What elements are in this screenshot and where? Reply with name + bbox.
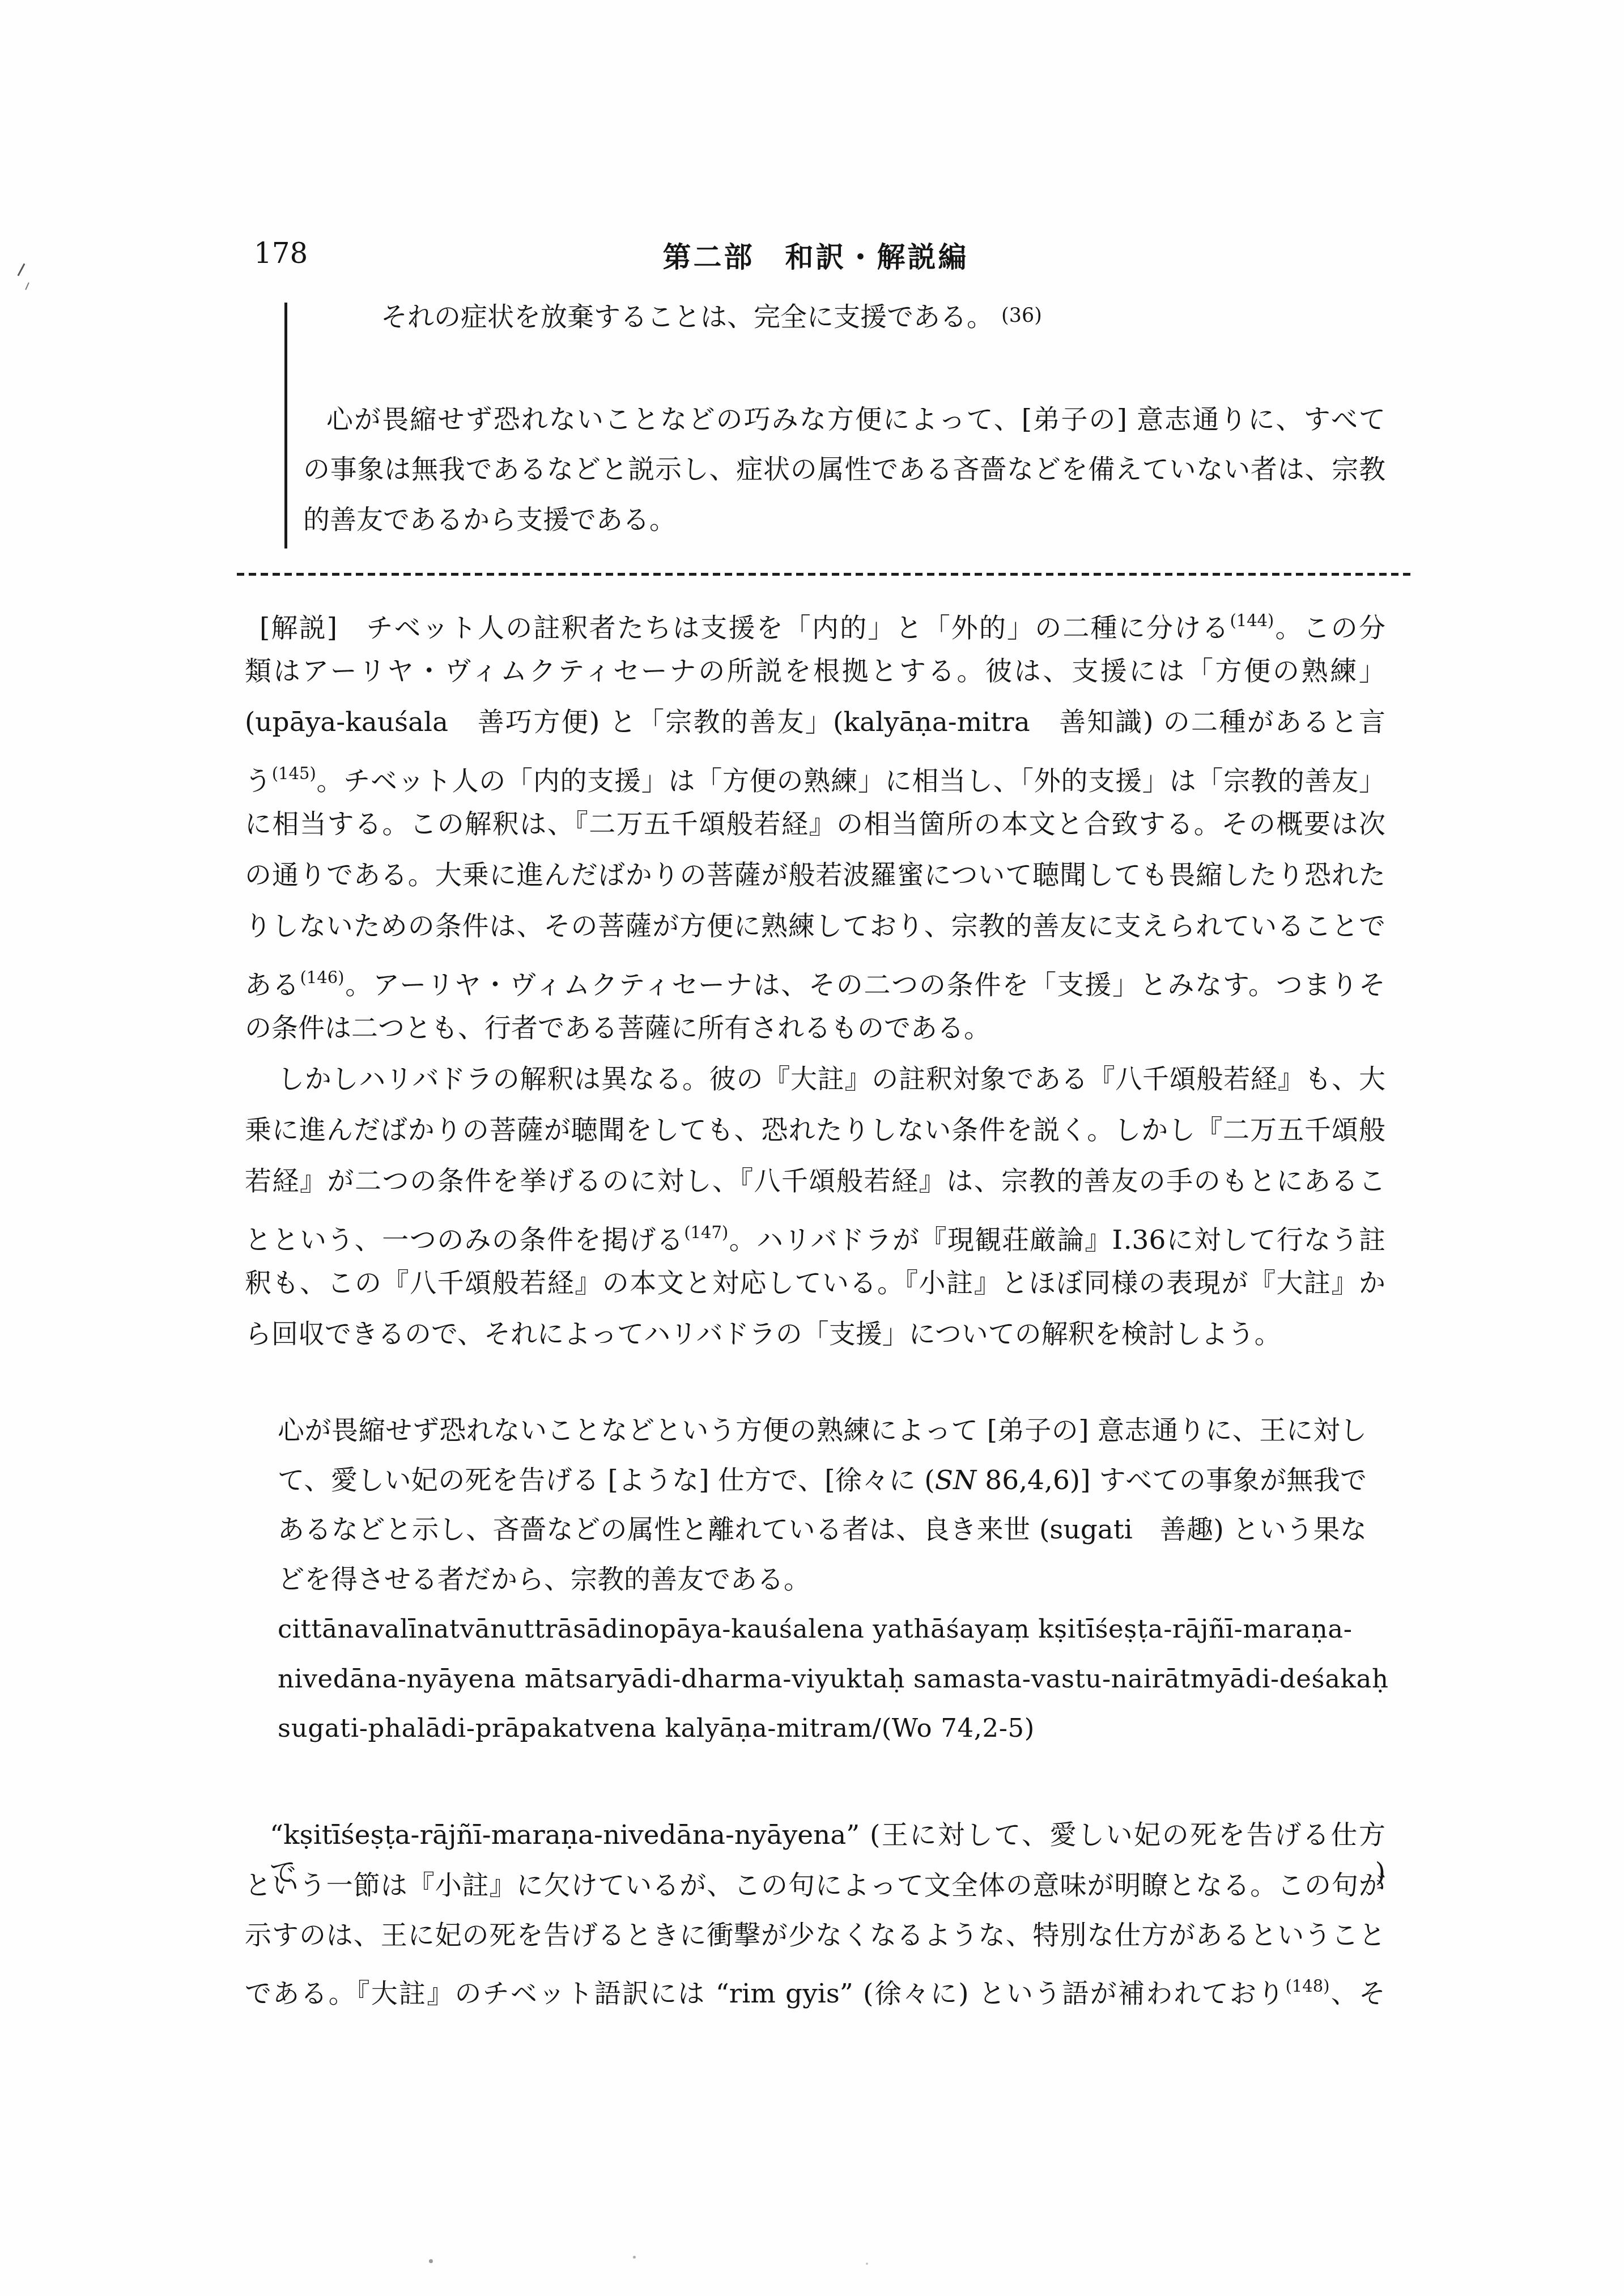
text-run: (upāya-kauśala 善巧方便) と「宗教的善友」(kalyāṇa-mi… — [245, 707, 1385, 738]
text-run: 86,4,6)] すべての事象が無我で — [976, 1465, 1367, 1496]
commentary-line: 類はアーリヤ・ヴィムクティセーナの所説を根拠とする。彼は、支援には「方便の熟練」 — [245, 653, 1385, 690]
blockquote-line-jp: どを得させる者だから、宗教的善友である。 — [278, 1561, 810, 1598]
text-run: に相当する。この解釈は、『二万五千頌般若経』の相当箇所の本文と合致する。その概要… — [245, 809, 1385, 840]
commentary-line: の通りである。大乗に進んだばかりの菩薩が般若波羅蜜について聴聞しても畏縮したり恐… — [245, 857, 1385, 894]
text-run: 。チベット人の「内的支援」は「方便の熟練」に相当し、「外的支援」は「宗教的善友」 — [316, 766, 1385, 797]
commentary-line: ある(146)。アーリヤ・ヴィムクティセーナは、その二つの条件を「支援」とみなす… — [245, 959, 1385, 1004]
running-header: 第二部 和訳・解説編 — [245, 235, 1386, 275]
text-run: という一節は『小註』に欠けているが、この句によって文全体の意味が明瞭となる。この… — [245, 1870, 1385, 1901]
blockquote-line-jp: あるなどと示し、吝嗇などの属性と離れている者は、良き来世 (sugati 善趣)… — [278, 1511, 1367, 1549]
text-run: 釈も、この『八千頌般若経』の本文と対応している。『小註』とほぼ同様の表現が『大註… — [245, 1268, 1385, 1299]
text-run: 乗に進んだばかりの菩薩が聴聞をしても、恐れたりしない条件を説く。しかし『二万五千… — [245, 1115, 1385, 1146]
scan-speck — [633, 2256, 636, 2259]
commentary-line: とという、一つのみの条件を掲げる(147)。ハリバドラが『現観荘厳論』Ⅰ.36に… — [245, 1214, 1385, 1259]
verse-quote-line: それの症状を放棄することは、完全に支援である。(36) — [381, 297, 1042, 336]
commentary-line: の条件は二つとも、行者である菩薩に所有されるものである。 — [245, 1010, 990, 1047]
footnote-ref: (146) — [300, 968, 344, 987]
text-run: 。ハリバドラが『現観荘厳論』Ⅰ.36に対して行なう註 — [728, 1224, 1385, 1256]
scan-speck — [25, 282, 29, 290]
text-run: [解説] チベット人の註釈者たちは支援を「内的」と「外的」の二種に分ける — [260, 613, 1230, 644]
footnote-ref: (145) — [272, 764, 316, 783]
blockquote-line-jp: て、愛しい妃の死を告げる [ような] 仕方で、[徐々に (SN 86,4,6)]… — [278, 1462, 1367, 1499]
text-run: 示すのは、王に妃の死を告げるときに衝撃が少なくなるような、特別な仕方があるという… — [245, 1920, 1385, 1951]
quote-bar — [284, 303, 287, 549]
sanskrit-line: sugati-phalādi-prāpakatvena kalyāṇa-mitr… — [278, 1710, 1035, 1747]
commentary-line: りしないための条件は、その菩薩が方便に熟練しており、宗教的善友に支えられているこ… — [245, 908, 1385, 945]
italic-run: SN — [935, 1465, 976, 1496]
text-run: 心が畏縮せず恐れないことなどの巧みな方便によって、[弟子の] 意志通りに、すべて — [326, 404, 1385, 435]
text-run: りしないための条件は、その菩薩が方便に熟練しており、宗教的善友に支えられているこ… — [245, 911, 1385, 942]
verse-quote-text: それの症状を放棄することは、完全に支援である。 — [381, 301, 993, 333]
text-run: ある — [245, 970, 300, 1001]
text-run: の事象は無我であるなどと説示し、症状の属性である吝嗇などを備えていない者は、宗教 — [303, 454, 1385, 485]
commentary-line: 釈も、この『八千頌般若経』の本文と対応している。『小註』とほぼ同様の表現が『大註… — [245, 1265, 1385, 1302]
commentary-line: う(145)。チベット人の「内的支援」は「方便の熟練」に相当し、「外的支援」は「… — [245, 755, 1385, 800]
sanskrit-line: nivedāna-nyāyena mātsaryādi-dharma-viyuk… — [278, 1660, 1389, 1698]
closing-line: である。『大註』のチベット語訳には “rim gyis” (徐々に) という語が… — [245, 1967, 1385, 2013]
text-run: 。アーリヤ・ヴィムクティセーナは、その二つの条件を「支援」とみなす。つまりそ — [344, 970, 1385, 1001]
scan-speck — [429, 2259, 433, 2263]
text-run: て、愛しい妃の死を告げる [ような] 仕方で、[徐々に ( — [278, 1465, 935, 1496]
translation-line: 心が畏縮せず恐れないことなどの巧みな方便によって、[弟子の] 意志通りに、すべて — [326, 401, 1385, 439]
closing-line: 示すのは、王に妃の死を告げるときに衝撃が少なくなるような、特別な仕方があるという… — [245, 1917, 1385, 1954]
blockquote-line-jp: 心が畏縮せず恐れないことなどという方便の熟練によって [弟子の] 意志通りに、王… — [278, 1412, 1367, 1449]
commentary-line: 若経』が二つの条件を挙げるのに対し、『八千頌般若経』は、宗教的善友の手のもとにあ… — [245, 1163, 1385, 1200]
text-run: 類はアーリヤ・ヴィムクティセーナの所説を根拠とする。彼は、支援には「方便の熟練」 — [245, 656, 1385, 687]
commentary-line: ら回収できるので、それによってハリバドラの「支援」についての解釈を検討しよう。 — [245, 1316, 1281, 1353]
footnote-ref: (144) — [1230, 611, 1274, 630]
text-run: う — [245, 766, 272, 797]
commentary-line: 乗に進んだばかりの菩薩が聴聞をしても、恐れたりしない条件を説く。しかし『二万五千… — [245, 1112, 1385, 1149]
text-run: どを得させる者だから、宗教的善友である。 — [278, 1564, 810, 1595]
footnote-ref: (148) — [1286, 1976, 1330, 1996]
closing-line: という一節は『小註』に欠けているが、この句によって文全体の意味が明瞭となる。この… — [245, 1867, 1385, 1904]
text-run: あるなどと示し、吝嗇などの属性と離れている者は、良き来世 (sugati 善趣)… — [278, 1514, 1367, 1545]
text-run: sugati-phalādi-prāpakatvena kalyāṇa-mitr… — [278, 1713, 1035, 1743]
text-run: ら回収できるので、それによってハリバドラの「支援」についての解釈を検討しよう。 — [245, 1319, 1281, 1350]
text-run: である。『大註』のチベット語訳には “rim gyis” (徐々に) という語が… — [245, 1978, 1286, 2009]
commentary-line: に相当する。この解釈は、『二万五千頌般若経』の相当箇所の本文と合致する。その概要… — [245, 806, 1385, 843]
text-run: の通りである。大乗に進んだばかりの菩薩が般若波羅蜜について聴聞しても畏縮したり恐… — [245, 860, 1385, 891]
text-run: しかしハリバドラの解釈は異なる。彼の『大註』の註釈対象である『八千頌般若経』も、… — [278, 1064, 1385, 1095]
scanned-book-page: 178 第二部 和訳・解説編 それの症状を放棄することは、完全に支援である。(3… — [0, 0, 1624, 2296]
text-run: 。この分 — [1274, 613, 1385, 644]
scan-speck — [866, 2263, 868, 2265]
text-run: とという、一つのみの条件を掲げる — [245, 1224, 684, 1256]
text-run: cittānavalīnatvānuttrāsādinopāya-kauśale… — [278, 1614, 1352, 1644]
commentary-line: (upāya-kauśala 善巧方便) と「宗教的善友」(kalyāṇa-mi… — [245, 704, 1385, 741]
text-run: 、そ — [1330, 1978, 1385, 2009]
commentary-line: [解説] チベット人の註釈者たちは支援を「内的」と「外的」の二種に分ける(144… — [260, 602, 1385, 647]
text-run: 若経』が二つの条件を挙げるのに対し、『八千頌般若経』は、宗教的善友の手のもとにあ… — [245, 1166, 1385, 1197]
commentary-line: しかしハリバドラの解釈は異なる。彼の『大註』の註釈対象である『八千頌般若経』も、… — [278, 1061, 1385, 1098]
sanskrit-line: cittānavalīnatvānuttrāsādinopāya-kauśale… — [278, 1610, 1352, 1648]
verse-number: (36) — [993, 304, 1042, 327]
section-divider — [237, 573, 1411, 576]
translation-line: 的善友であるから支援である。 — [303, 501, 676, 539]
text-run: 的善友であるから支援である。 — [303, 504, 676, 535]
footnote-ref: (147) — [684, 1223, 728, 1242]
scan-speck — [18, 263, 25, 277]
text-run: 心が畏縮せず恐れないことなどという方便の熟練によって [弟子の] 意志通りに、王… — [278, 1415, 1367, 1446]
text-run: nivedāna-nyāyena mātsaryādi-dharma-viyuk… — [278, 1664, 1389, 1694]
text-run: の条件は二つとも、行者である菩薩に所有されるものである。 — [245, 1013, 990, 1044]
translation-line: の事象は無我であるなどと説示し、症状の属性である吝嗇などを備えていない者は、宗教 — [303, 451, 1385, 488]
